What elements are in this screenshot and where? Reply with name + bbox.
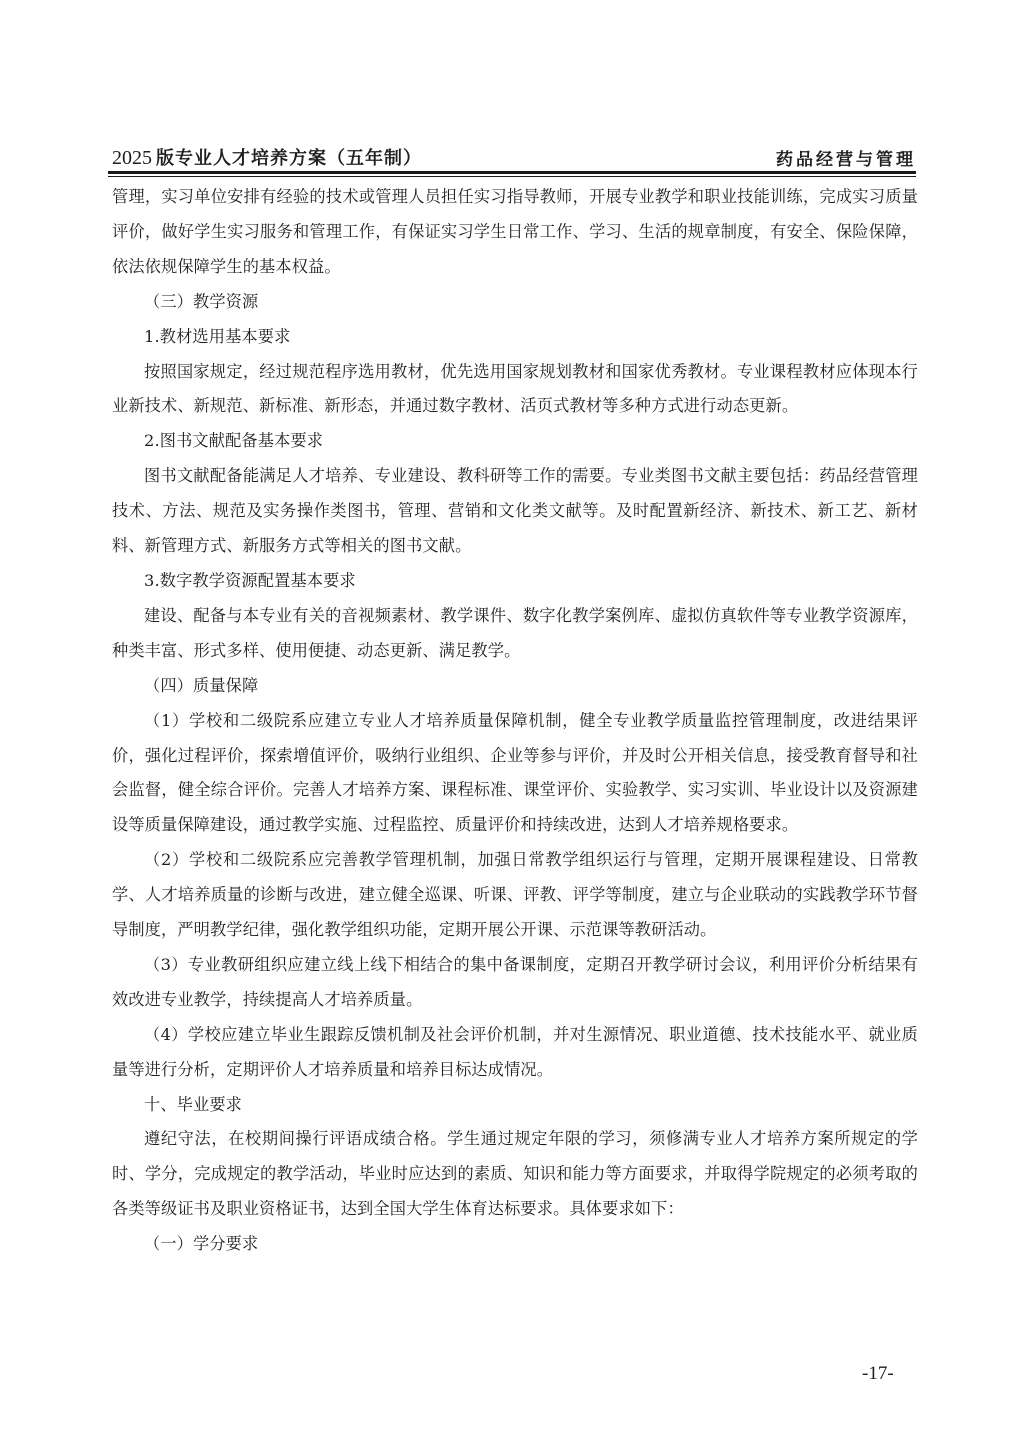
header-document-title: 2025版专业人才培养方案（五年制） <box>112 144 422 170</box>
paragraph-digital-resources: 建设、配备与本专业有关的音视频素材、教学课件、数字化教学案例库、虚拟仿真软件等专… <box>112 599 918 669</box>
paragraph-quality-item-1: （1）学校和二级院系应建立专业人才培养质量保障机制，健全专业教学质量监控管理制度… <box>112 704 918 844</box>
section-heading-graduation-requirements: 十、毕业要求 <box>112 1088 918 1123</box>
header-title-text: 版专业人才培养方案（五年制） <box>156 148 422 169</box>
header-rule-thin <box>108 176 916 177</box>
paragraph-quality-item-2: （2）学校和二级院系应完善教学管理机制，加强日常教学组织运行与管理，定期开展课程… <box>112 843 918 948</box>
subheading-textbook-selection: 1.教材选用基本要求 <box>112 320 918 355</box>
paragraph-quality-item-4: （4）学校应建立毕业生跟踪反馈机制及社会评价机制，并对生源情况、职业道德、技术技… <box>112 1018 918 1088</box>
subheading-digital-resources: 3.数字教学资源配置基本要求 <box>112 564 918 599</box>
paragraph-library-resources: 图书文献配备能满足人才培养、专业建设、教科研等工作的需要。专业类图书文献主要包括… <box>112 459 918 564</box>
paragraph-textbook-selection: 按照国家规定，经过规范程序选用教材，优先选用国家规划教材和国家优秀教材。专业课程… <box>112 355 918 425</box>
section-heading-teaching-resources: （三）教学资源 <box>112 285 918 320</box>
header-major-name: 药品经营与管理 <box>776 145 916 170</box>
paragraph-graduation-requirements: 遵纪守法，在校期间操行评语成绩合格。学生通过规定年限的学习，须修满专业人才培养方… <box>112 1122 918 1227</box>
page-header: 2025版专业人才培养方案（五年制） 药品经营与管理 <box>112 142 916 170</box>
paragraph-quality-item-3: （3）专业教研组织应建立线上线下相结合的集中备课制度，定期召开教学研讨会议，利用… <box>112 948 918 1018</box>
page-body: 管理，实习单位安排有经验的技术或管理人员担任实习指导教师，开展专业教学和职业技能… <box>112 180 918 1262</box>
section-heading-quality-assurance: （四）质量保障 <box>112 669 918 704</box>
paragraph-internship-management: 管理，实习单位安排有经验的技术或管理人员担任实习指导教师，开展专业教学和职业技能… <box>112 180 918 285</box>
subheading-credit-requirements: （一）学分要求 <box>112 1227 918 1262</box>
header-year: 2025 <box>112 147 152 169</box>
subheading-library-resources: 2.图书文献配备基本要求 <box>112 424 918 459</box>
header-rule-thick <box>108 171 916 174</box>
page-number: -17- <box>862 1363 894 1385</box>
